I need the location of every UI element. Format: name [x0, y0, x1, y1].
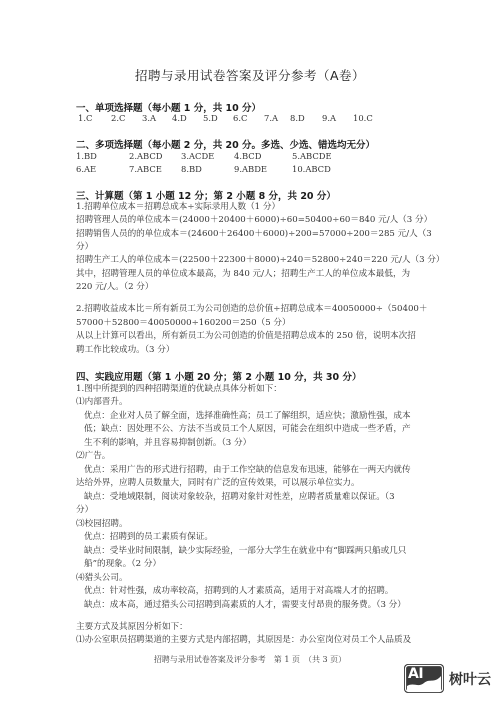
section3-heading: 三、计算题（第 1 小题 12 分；第 2 小题 8 分，共 20 分）	[76, 188, 336, 202]
mountain-wave-icon	[404, 664, 444, 693]
answer: 6.C	[233, 113, 247, 123]
text-line: ⑶校园招聘。	[76, 518, 436, 531]
text-line: 生不利的影响，并且容易抑制创新。（3 分）	[84, 437, 444, 450]
section1-heading: 一、单项选择题（每小题 1 分，共 10 分）	[76, 100, 261, 114]
watermark: AI 树叶云	[404, 664, 491, 693]
answer: 9.ABDE	[234, 164, 267, 174]
text-line: ⑴内部晋升。	[76, 396, 436, 409]
answer: 7.ABCE	[129, 164, 162, 174]
answer: 5.ABCDE	[292, 151, 332, 161]
answer: 9.A	[322, 113, 336, 123]
text-line: 主要方式及其原因分析如下：	[76, 621, 436, 634]
section2-heading: 二、多项选择题（每小题 2 分，共 20 分。多选、少选、错选均无分）	[76, 137, 375, 151]
text-line: ⑴办公室职员招聘渠道的主要方式是内部招聘，其原因是：办公室岗位对员工个人品质及	[76, 634, 436, 647]
answer: 2.ABCD	[129, 151, 162, 161]
text-line: 聘工作比较成功。（3 分）	[76, 344, 436, 357]
answer: 3.ACDE	[181, 151, 214, 161]
text-line: 优点：针对性强，成功率较高，招聘到的人才素质高，适用于对高端人才的招聘。	[84, 585, 444, 598]
answer: 8.BD	[181, 164, 202, 174]
answer: 8.D	[290, 113, 305, 123]
text-line: 船”的现象。（2 分）	[84, 558, 444, 571]
watermark-brand: 树叶云	[449, 669, 491, 689]
text-line: 低；缺点：因处理不公、方法不当或员工个人原因，可能会在组织中造成一些矛盾，产	[84, 423, 444, 436]
text-line: 缺点：受地域限制，阅读对象较杂，招聘对象针对性差，应聘者质量难以保证。（3	[84, 491, 444, 504]
text-line: 优点：招聘到的员工素质有保证。	[84, 531, 444, 544]
answer: 3.A	[142, 113, 156, 123]
text-line: 57000＋52800＝40050000÷160200＝250（5 分）	[76, 317, 436, 330]
answer: 6.AE	[76, 164, 96, 174]
text-line: 2.招聘收益成本比＝所有新员工为公司创造的总价值÷招聘总成本＝40050000÷…	[76, 303, 436, 316]
image-icon: AI	[404, 664, 444, 693]
answer: 10.ABCD	[292, 164, 331, 174]
answer: 7.A	[264, 113, 278, 123]
text-line: 缺点：受毕业时间限制，缺少实际经验，一部分大学生在就业中有“脚踩两只船或几只	[84, 545, 444, 558]
text-line: 220 元/人。（2 分）	[76, 281, 436, 294]
section4-heading: 四、实践应用题（第 1 小题 20 分；第 2 小题 10 分，共 30 分）	[76, 369, 361, 383]
text-line: ⑷猎头公司。	[76, 572, 436, 585]
answer: 1.C	[78, 113, 92, 123]
text-line: 招聘管理人员的单位成本＝(24000＋20400＋6000)÷60=50400÷…	[76, 214, 436, 227]
answer: 1.BD	[76, 151, 97, 161]
text-line: 招聘销售人员的的单位成本＝(24600＋26400＋6000)÷200=5700…	[76, 228, 436, 241]
text-line: 招聘生产工人的单位成本＝(22500＋22300＋8000)÷240＝52800…	[76, 254, 436, 267]
document-title: 招聘与录用试卷答案及评分参考（A卷）	[0, 66, 500, 84]
answer: 4.D	[172, 113, 187, 123]
document-page: 招聘与录用试卷答案及评分参考（A卷） 一、单项选择题（每小题 1 分，共 10 …	[0, 0, 500, 707]
text-line: 分）	[76, 504, 436, 517]
answer: 4.BCD	[234, 151, 261, 161]
answer: 5.D	[203, 113, 218, 123]
text-line: 缺点：成本高，通过猎头公司招聘到高素质的人才，需要支付昂贵的服务费。（3 分）	[84, 599, 444, 612]
text-line: 1.图中所提到的四种招聘渠道的优缺点具体分析如下：	[76, 383, 436, 396]
text-line: 其中，招聘管理人员的单位成本最高，为 840 元/人；招聘生产工人的单位成本最低…	[76, 268, 436, 281]
text-line: 从以上计算可以看出，所有新员工为公司创造的价值是招聘总成本的 250 倍，说明本…	[76, 330, 436, 343]
text-line: 优点：采用广告的形式进行招聘，由于工作空缺的信息发布迅速，能够在一两天内就传	[84, 464, 444, 477]
text-line: 分）	[76, 241, 436, 254]
text-line: ⑵广告。	[76, 450, 436, 463]
answer: 10.C	[353, 113, 373, 123]
answer: 2.C	[111, 113, 125, 123]
text-line: 达给外界，应聘人员数量大，同时有广泛的宣传效果，可以展示单位实力。	[76, 477, 436, 490]
text-line: 优点：企业对人员了解全面，选择准确性高；员工了解组织，适应快；激励性强，成本	[84, 410, 444, 423]
text-line: 1.招聘单位成本＝招聘总成本÷实际录用人数（1 分）	[76, 201, 436, 214]
